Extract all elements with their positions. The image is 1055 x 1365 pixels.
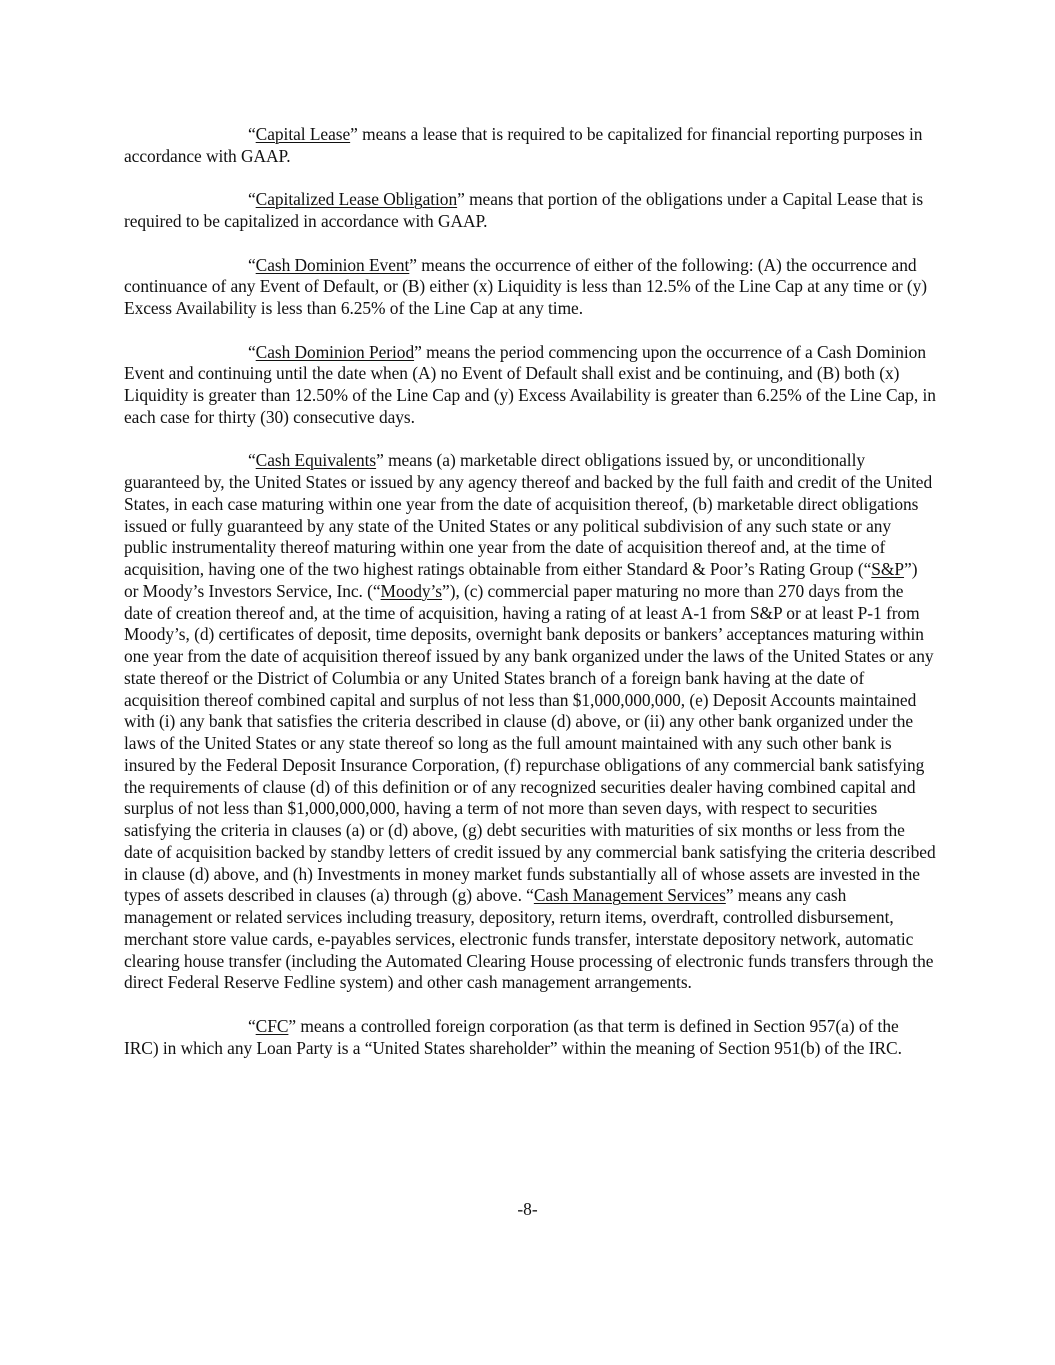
definition-cash-dominion-period: “Cash Dominion Period” means the period … bbox=[124, 342, 936, 429]
defined-term: Cash Dominion Period bbox=[256, 342, 414, 362]
close-quote: ” bbox=[288, 1016, 296, 1036]
page-number: -8- bbox=[0, 1198, 1055, 1220]
definition-cash-equivalents: “Cash Equivalents” means (a) marketable … bbox=[124, 450, 936, 994]
document-page: “Capital Lease” means a lease that is re… bbox=[124, 124, 936, 1081]
definition-body: means that portion of the obligations un… bbox=[124, 189, 923, 231]
open-quote: “ bbox=[248, 1016, 256, 1036]
close-quote: ” bbox=[414, 342, 422, 362]
defined-term-sp: S&P bbox=[871, 559, 904, 579]
defined-term: Capitalized Lease Obligation bbox=[256, 189, 457, 209]
defined-term: Cash Dominion Event bbox=[256, 255, 410, 275]
definition-body: means the period commencing upon the occ… bbox=[124, 342, 936, 427]
defined-term: Capital Lease bbox=[256, 124, 350, 144]
defined-term: CFC bbox=[256, 1016, 289, 1036]
definition-cash-dominion-event: “Cash Dominion Event” means the occurren… bbox=[124, 255, 936, 320]
open-quote: “ bbox=[248, 342, 256, 362]
definition-capitalized-lease-obligation: “Capitalized Lease Obligation” means tha… bbox=[124, 189, 936, 233]
close-quote: ” bbox=[350, 124, 358, 144]
open-quote: “ bbox=[248, 124, 256, 144]
close-quote: ” bbox=[376, 450, 384, 470]
defined-term-cash-management-services: Cash Management Services bbox=[534, 885, 726, 905]
defined-term: Cash Equivalents bbox=[256, 450, 376, 470]
open-quote: “ bbox=[248, 189, 256, 209]
definition-body: means the occurrence of either of the fo… bbox=[124, 255, 927, 319]
definition-body: means a controlled foreign corporation (… bbox=[124, 1016, 902, 1058]
close-quote: ” bbox=[457, 189, 465, 209]
close-quote: ” bbox=[409, 255, 417, 275]
definition-capital-lease: “Capital Lease” means a lease that is re… bbox=[124, 124, 936, 168]
definition-body: means a lease that is required to be cap… bbox=[124, 124, 922, 166]
definition-body-part-3: ”), (c) commercial paper maturing no mor… bbox=[124, 581, 936, 906]
defined-term-moodys: Moody’s bbox=[381, 581, 443, 601]
definition-body-part-1: means (a) marketable direct obligations … bbox=[124, 450, 932, 579]
open-quote: “ bbox=[248, 450, 256, 470]
definition-cfc: “CFC” means a controlled foreign corpora… bbox=[124, 1016, 936, 1060]
open-quote: “ bbox=[248, 255, 256, 275]
